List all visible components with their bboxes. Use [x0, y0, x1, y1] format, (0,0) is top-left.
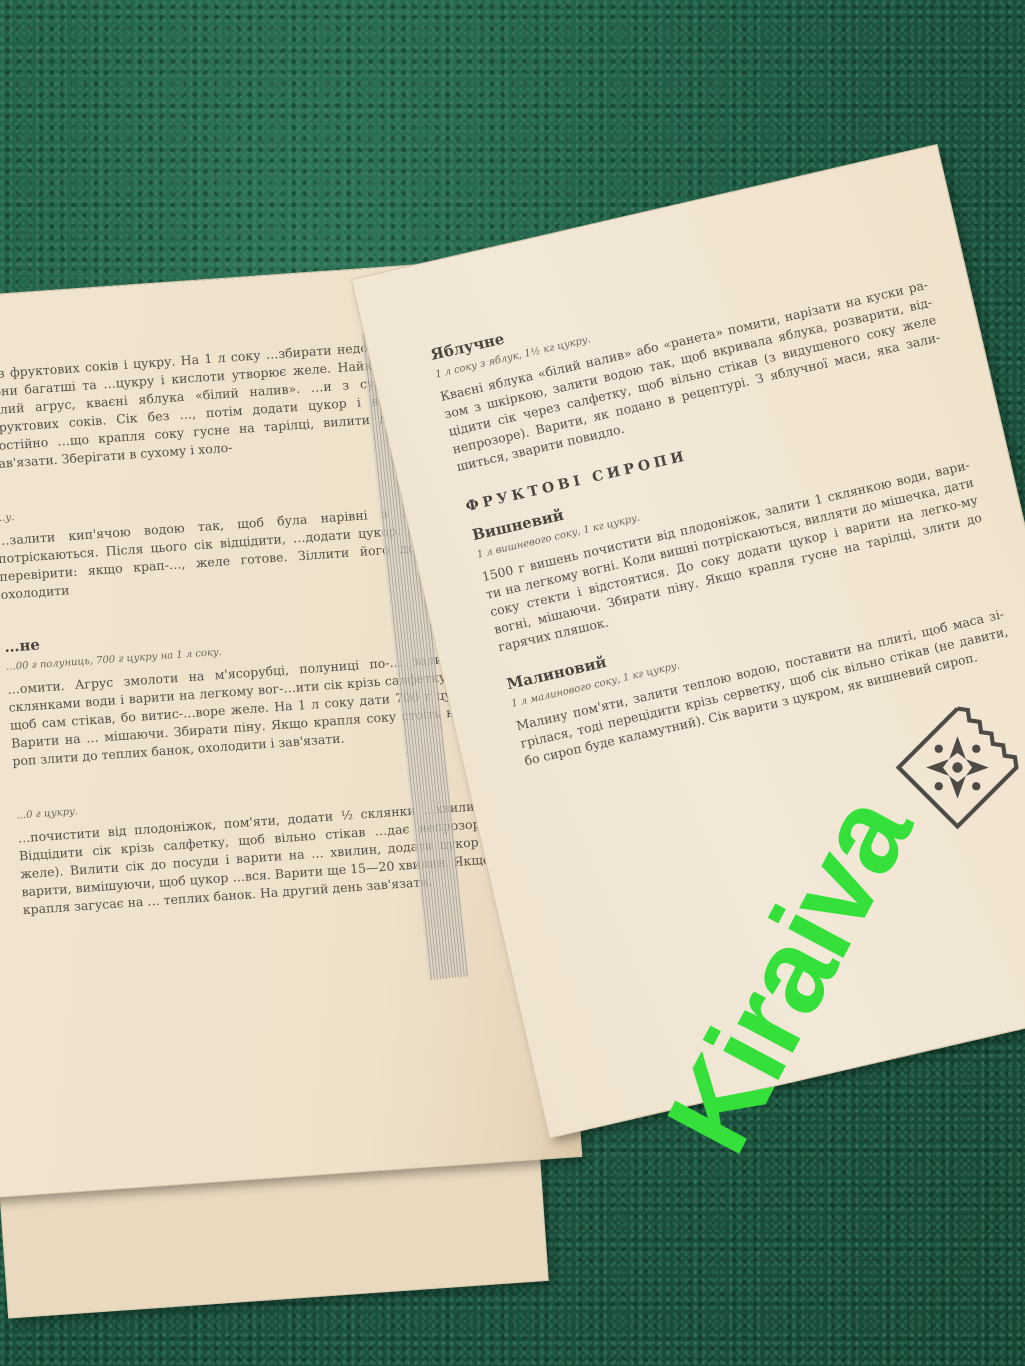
folk-ornament-icon: [895, 705, 1020, 830]
right-page-text: Яблучне 1 л соку з яблук, 1½ кг цукру. К…: [426, 222, 1014, 770]
